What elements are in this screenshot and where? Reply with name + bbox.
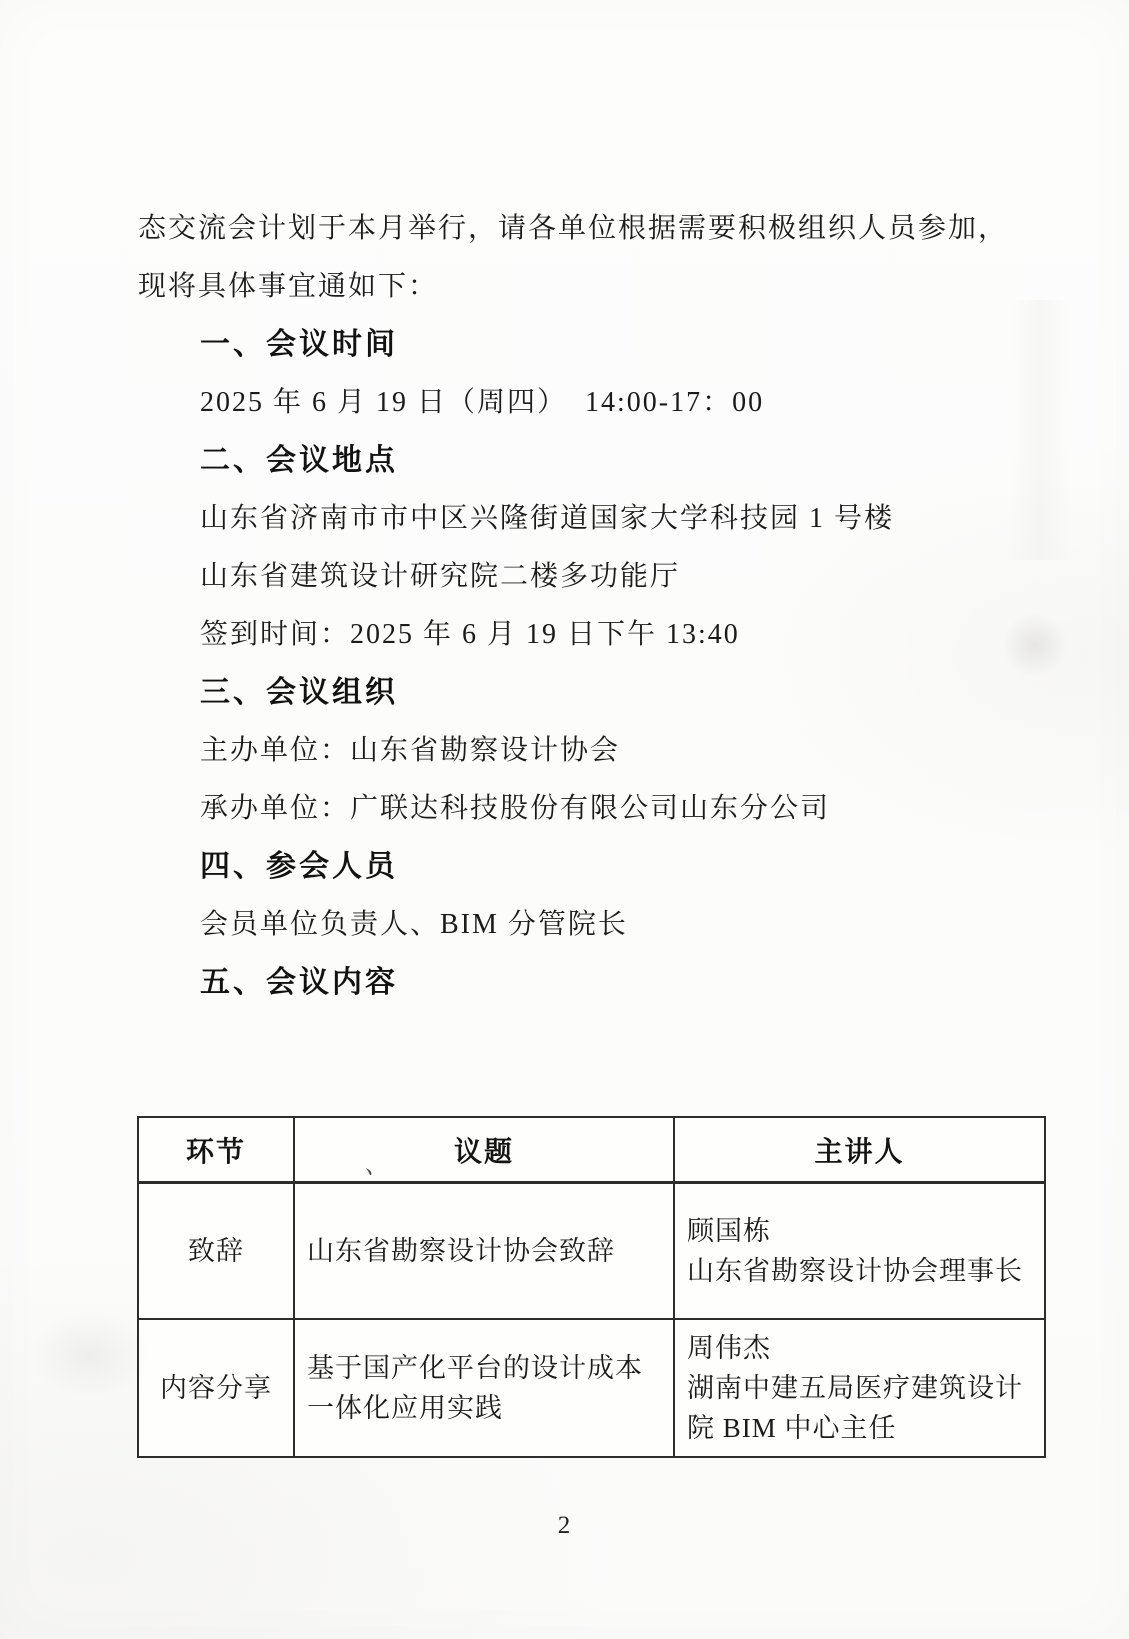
agenda-row: 致辞山东省勘察设计协会致辞顾国栋山东省勘察设计协会理事长 [138,1183,1045,1320]
scan-stray-mark: 、 [364,1145,393,1183]
agenda-stage-cell: 致辞 [138,1183,294,1320]
agenda-topic-cell: 山东省勘察设计协会致辞 [294,1183,674,1320]
agenda-speaker-cell: 顾国栋山东省勘察设计协会理事长 [674,1183,1045,1320]
section-line: 山东省建筑设计研究院二楼多功能厅 [138,548,1071,606]
section-line: 主办单位：山东省勘察设计协会 [138,722,1071,780]
section-heading: 五、会议内容 [138,954,1071,1012]
speaker-line: 山东省勘察设计协会理事长 [687,1251,1032,1291]
document-page: 态交流会计划于本月举行，请各单位根据需要积极组织人员参加，现将具体事宜通如下：一… [0,0,1129,1639]
agenda-header-row: 环节议题主讲人 [138,1117,1045,1183]
agenda-speaker-cell: 周伟杰湖南中建五局医疗建筑设计院 BIM 中心主任 [674,1319,1045,1457]
speaker-line: 顾国栋 [687,1211,1032,1251]
section-line: 承办单位：广联达科技股份有限公司山东分公司 [138,780,1071,838]
agenda-topic-cell: 基于国产化平台的设计成本一体化应用实践 [294,1319,674,1457]
agenda-row: 内容分享基于国产化平台的设计成本一体化应用实践周伟杰湖南中建五局医疗建筑设计院 … [138,1319,1045,1457]
agenda-table: 环节议题主讲人致辞山东省勘察设计协会致辞顾国栋山东省勘察设计协会理事长内容分享基… [137,1116,1046,1458]
intro-line: 现将具体事宜通如下： [138,258,1071,316]
page-number: 2 [0,1512,1129,1540]
speaker-line: 周伟杰 [687,1328,1032,1368]
intro-line: 态交流会计划于本月举行，请各单位根据需要积极组织人员参加， [138,200,1071,258]
section-line: 2025 年 6 月 19 日（周四） 14:00-17：00 [138,374,1071,432]
section-line: 山东省济南市市中区兴隆街道国家大学科技园 1 号楼 [138,490,1071,548]
agenda-column-header: 主讲人 [674,1117,1045,1183]
section-line: 会员单位负责人、BIM 分管院长 [138,896,1071,954]
agenda-column-header: 环节 [138,1117,294,1183]
section-heading: 四、参会人员 [138,838,1071,896]
agenda-column-header: 议题 [294,1117,674,1183]
document-content: 态交流会计划于本月举行，请各单位根据需要积极组织人员参加，现将具体事宜通如下：一… [0,0,1129,1458]
agenda-stage-cell: 内容分享 [138,1319,294,1457]
section-line: 签到时间：2025 年 6 月 19 日下午 13:40 [138,606,1071,664]
section-heading: 三、会议组织 [138,664,1071,722]
section-heading: 二、会议地点 [138,432,1071,490]
speaker-line: 湖南中建五局医疗建筑设计院 BIM 中心主任 [687,1368,1032,1448]
section-heading: 一、会议时间 [138,316,1071,374]
